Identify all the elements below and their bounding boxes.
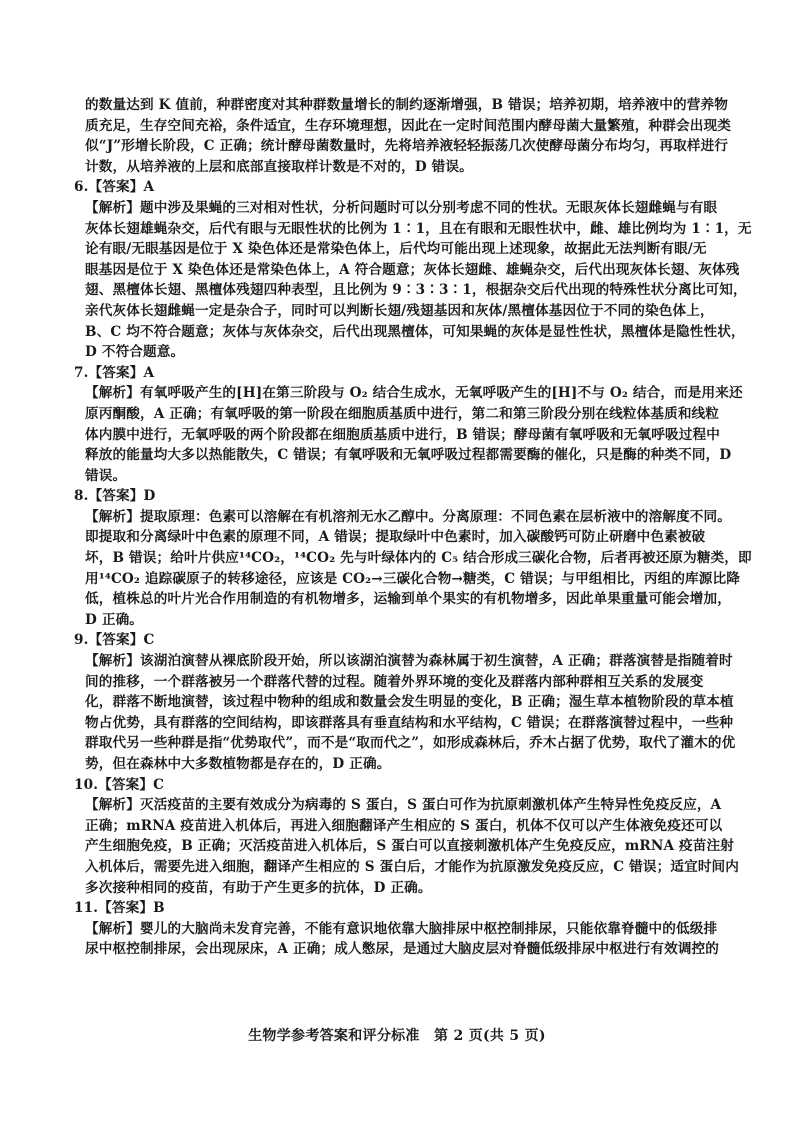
answer-heading: 11.【答案】B	[74, 898, 724, 919]
analysis-line: 尿中枢控制排尿，会出现尿床，A 正确；成人憋尿，是通过大脑皮层对脊髓低级排尿中枢…	[74, 939, 724, 960]
analysis-line: 【解析】提取原理：色素可以溶解在有机溶剂无水乙醇中。分离原理：不同色素在层析液中…	[74, 507, 724, 528]
analysis-line: 即提取和分离绿叶中色素的原理不同，A 错误；提取绿叶中色素时，加入碳酸钙可防止研…	[74, 527, 724, 548]
answer-label: 【答案】	[89, 632, 144, 648]
analysis-line: D 不符合题意。	[74, 342, 724, 363]
analysis-line: 入机体后，需要先进入细胞，翻译产生相应的 S 蛋白后，才能作为抗原激发免疫反应，…	[74, 857, 724, 878]
analysis-line: 翅、黑檀体长翅、黑檀体残翅四种表型，且比例为 9∶3∶3∶1，根据杂交后代出现的…	[74, 280, 724, 301]
answer-label: 【答案】	[98, 900, 153, 916]
analysis-line: 势，但在森林中大多数植物都是存在的，D 正确。	[74, 754, 724, 775]
analysis-line: 产生细胞免疫，B 正确；灭活疫苗进入机体后，S 蛋白可以直接刺激机体产生免疫反应…	[74, 836, 724, 857]
answer-content: 的数量达到 K 值前，种群密度对其种群数量增长的制约逐渐增强，B 错误；培养初期…	[74, 95, 724, 960]
question-8: 8.【答案】D 【解析】提取原理：色素可以溶解在有机溶剂无水乙醇中。分离原理：不…	[74, 486, 724, 630]
question-number: 7.	[74, 365, 89, 381]
analysis-line: 间的推移，一个群落被另一个群落代替的过程。随着外界环境的变化及群落内部种群相互关…	[74, 672, 724, 693]
text-line: 似“J”形增长阶段，C 正确；统计酵母菌数量时，先将培养液轻轻振荡几次使酵母菌分…	[74, 136, 724, 157]
analysis-line: 亲代灰体长翅雌蝇一定是杂合子，同时可以判断长翅/残翅基因和灰体/黑檀体基因位于不…	[74, 301, 724, 322]
analysis-line: D 正确。	[74, 610, 724, 631]
analysis-line: 低，植株总的叶片光合作用制造的有机物增多，运输到单个果实的有机物增多，因此单果重…	[74, 589, 724, 610]
answer-label: 【答案】	[89, 179, 144, 195]
analysis-line: 错误。	[74, 466, 724, 487]
analysis-line: 论有眼/无眼基因是位于 X 染色体还是常染色体上，后代均可能出现上述现象，故据此…	[74, 239, 724, 260]
analysis-line: 释放的能量均大多以热能散失，C 错误；有氧呼吸和无氧呼吸过程都需要酶的催化，只是…	[74, 445, 724, 466]
analysis-line: 灰体长翅雄蝇杂交，后代有眼与无眼性状的比例为 1∶1，且在有眼和无眼性状中，雌、…	[74, 219, 724, 240]
question-number: 6.	[74, 179, 89, 195]
question-number: 9.	[74, 632, 89, 648]
question-11: 11.【答案】B 【解析】婴儿的大脑尚未发育完善，不能有意识地依靠大脑排尿中枢控…	[74, 898, 724, 960]
answer-label: 【答案】	[98, 777, 153, 793]
analysis-line: 多次接种相同的疫苗，有助于产生更多的抗体，D 正确。	[74, 878, 724, 899]
analysis-line: 群取代另一些种群是指“优势取代”，而不是“取而代之”，如形成森林后，乔木占据了优…	[74, 733, 724, 754]
analysis-line: 【解析】灭活疫苗的主要有效成分为病毒的 S 蛋白，S 蛋白可作为抗原刺激机体产生…	[74, 795, 724, 816]
continuation-paragraph: 的数量达到 K 值前，种群密度对其种群数量增长的制约逐渐增强，B 错误；培养初期…	[74, 95, 724, 177]
answer-value: D	[143, 488, 155, 504]
question-10: 10.【答案】C 【解析】灭活疫苗的主要有效成分为病毒的 S 蛋白，S 蛋白可作…	[74, 775, 724, 899]
question-9: 9.【答案】C 【解析】该湖泊演替从裸底阶段开始，所以该湖泊演替为森林属于初生演…	[74, 630, 724, 774]
answer-label: 【答案】	[89, 488, 144, 504]
analysis-line: 【解析】有氧呼吸产生的[H]在第三阶段与 O₂ 结合生成水，无氧呼吸产生的[H]…	[74, 383, 724, 404]
answer-heading: 10.【答案】C	[74, 775, 724, 796]
text-line: 的数量达到 K 值前，种群密度对其种群数量增长的制约逐渐增强，B 错误；培养初期…	[74, 95, 724, 116]
answer-heading: 9.【答案】C	[74, 630, 724, 651]
question-6: 6.【答案】A 【解析】题中涉及果蝇的三对相对性状，分析问题时可以分别考虑不同的…	[74, 177, 724, 362]
analysis-line: 眼基因是位于 X 染色体还是常染色体上，A 符合题意；灰体长翅雌、雄蝇杂交，后代…	[74, 260, 724, 281]
analysis-line: B、C 均不符合题意；灰体与灰体杂交，后代出现黑檀体，可知果蝇的灰体是显性性状，…	[74, 322, 724, 343]
question-number: 10.	[74, 777, 98, 793]
question-7: 7.【答案】A 【解析】有氧呼吸产生的[H]在第三阶段与 O₂ 结合生成水，无氧…	[74, 363, 724, 487]
analysis-line: 体内膜中进行，无氧呼吸的两个阶段都在细胞质基质中进行，B 错误；酵母菌有氧呼吸和…	[74, 425, 724, 446]
text-line: 质充足，生存空间充裕，条件适宜，生存环境理想，因此在一定时间范围内酵母菌大量繁殖…	[74, 116, 724, 137]
document-page: 的数量达到 K 值前，种群密度对其种群数量增长的制约逐渐增强，B 错误；培养初期…	[0, 0, 794, 1123]
analysis-line: 用¹⁴CO₂ 追踪碳原子的转移途径，应该是 CO₂→三碳化合物→糖类，C 错误；…	[74, 569, 724, 590]
question-number: 11.	[74, 900, 98, 916]
text-line: 计数，从培养液的上层和底部直接取样计数是不对的，D 错误。	[74, 157, 724, 178]
analysis-line: 坏，B 错误；给叶片供应¹⁴CO₂，¹⁴CO₂ 先与叶绿体内的 C₅ 结合形成三…	[74, 548, 724, 569]
analysis-line: 【解析】题中涉及果蝇的三对相对性状，分析问题时可以分别考虑不同的性状。无眼灰体长…	[74, 198, 724, 219]
answer-heading: 7.【答案】A	[74, 363, 724, 384]
answer-value: B	[153, 900, 165, 916]
answer-heading: 6.【答案】A	[74, 177, 724, 198]
analysis-line: 正确；mRNA 疫苗进入机体后，再进入细胞翻译产生相应的 S 蛋白，机体不仅可以…	[74, 816, 724, 837]
analysis-line: 物占优势，具有群落的空间结构，即该群落具有垂直结构和水平结构，C 错误；在群落演…	[74, 713, 724, 734]
answer-value: C	[143, 632, 154, 648]
answer-value: A	[143, 179, 154, 195]
answer-value: C	[153, 777, 164, 793]
answer-value: A	[143, 365, 154, 381]
analysis-line: 【解析】婴儿的大脑尚未发育完善，不能有意识地依靠大脑排尿中枢控制排尿，只能依靠脊…	[74, 919, 724, 940]
question-number: 8.	[74, 488, 89, 504]
analysis-line: 【解析】该湖泊演替从裸底阶段开始，所以该湖泊演替为森林属于初生演替，A 正确；群…	[74, 651, 724, 672]
page-footer: 生物学参考答案和评分标准 第 2 页(共 5 页)	[0, 1025, 794, 1045]
analysis-line: 化，群落不断地演替，该过程中物种的组成和数量会发生明显的变化，B 正确；湿生草本…	[74, 692, 724, 713]
analysis-line: 原丙酮酸，A 正确；有氧呼吸的第一阶段在细胞质基质中进行，第二和第三阶段分别在线…	[74, 404, 724, 425]
answer-label: 【答案】	[89, 365, 144, 381]
answer-heading: 8.【答案】D	[74, 486, 724, 507]
